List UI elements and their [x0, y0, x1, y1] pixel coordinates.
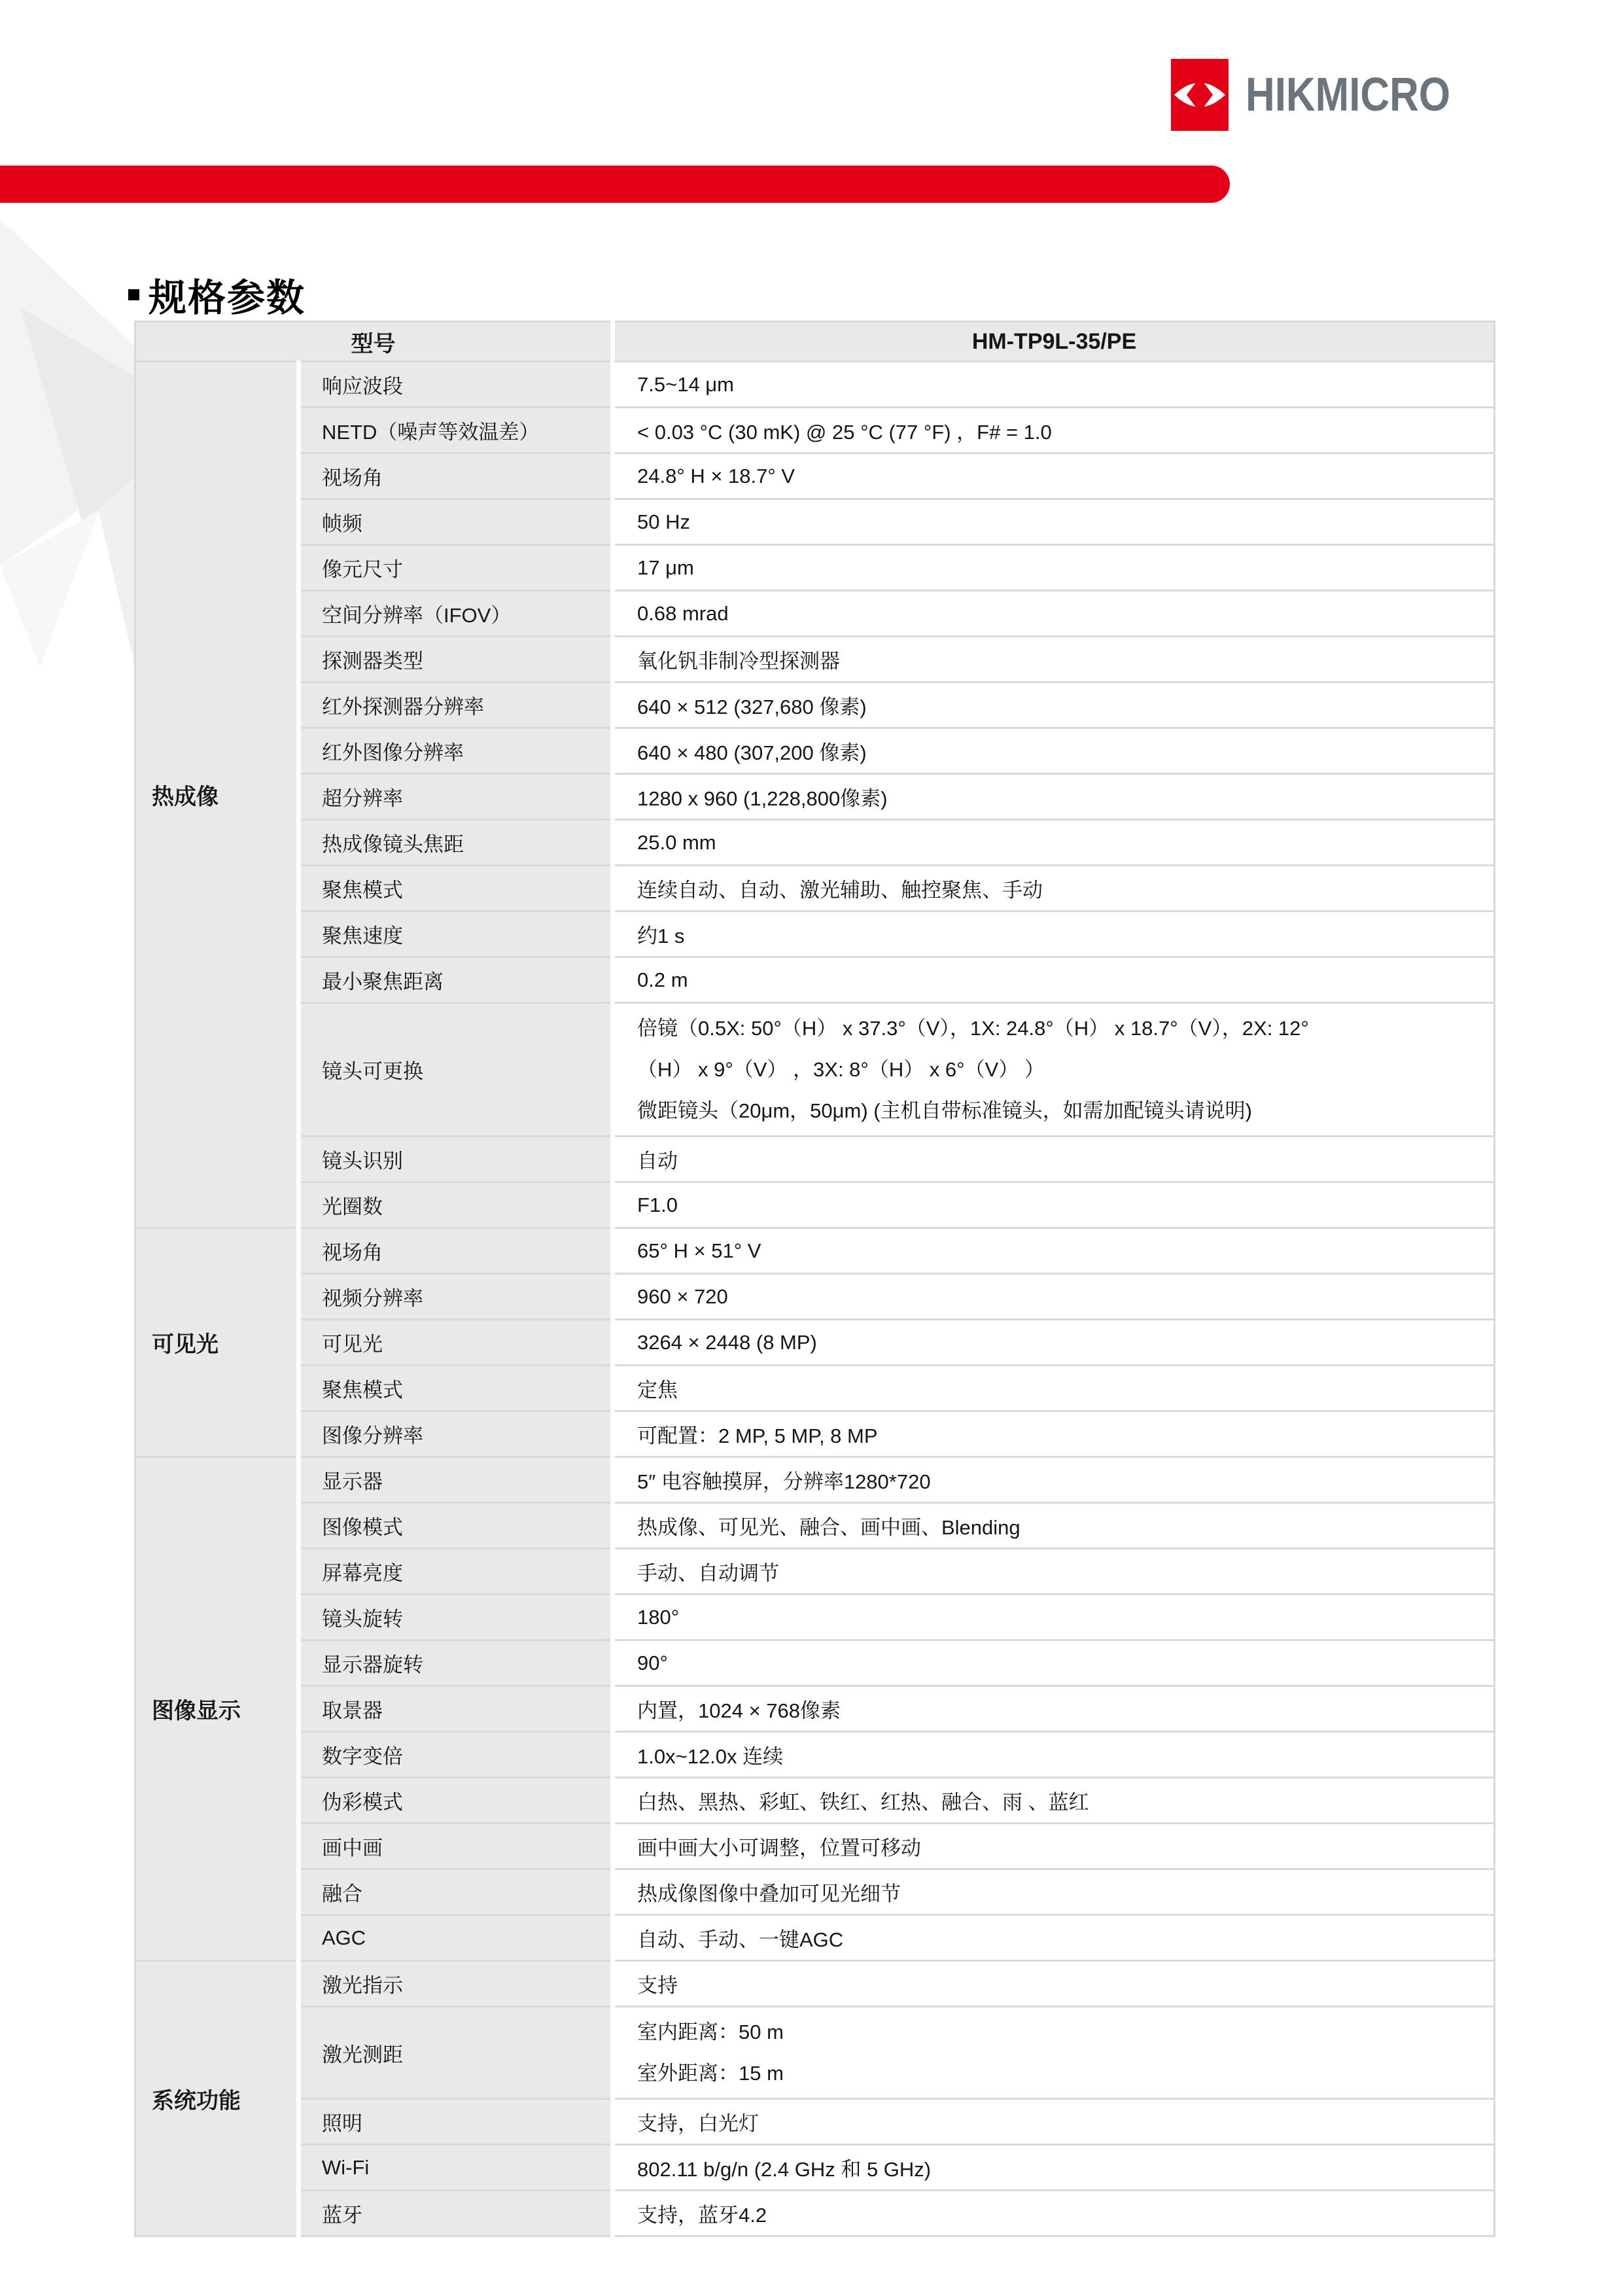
param-label: 数字变倍 [299, 1732, 613, 1778]
category-label: 可见光 [152, 1332, 218, 1357]
param-value: 180° [613, 1595, 1495, 1640]
table-row: 屏幕亮度手动、自动调节 [135, 1549, 1495, 1595]
table-row: 画中画画中画大小可调整，位置可移动 [135, 1824, 1495, 1869]
table-row: 激光测距室内距离：50 m室外距离：15 m [135, 2007, 1495, 2099]
param-label: 蓝牙 [299, 2191, 613, 2236]
table-row: NETD（噪声等效温差）< 0.03 °C (30 mK) @ 25 °C (7… [135, 408, 1495, 453]
param-label: 视场角 [299, 453, 613, 499]
param-label: 超分辨率 [299, 774, 613, 820]
table-row: 镜头识别自动 [135, 1137, 1495, 1182]
param-value: 氧化钒非制冷型探测器 [613, 637, 1495, 682]
table-row: AGC自动、手动、一键AGC [135, 1915, 1495, 1961]
table-row: 视场角24.8° H × 18.7° V [135, 453, 1495, 499]
table-row: 融合热成像图像中叠加可见光细节 [135, 1869, 1495, 1915]
param-value: 可配置：2 MP, 5 MP, 8 MP [613, 1411, 1495, 1457]
table-row: 图像模式热成像、可见光、融合、画中画、Blending [135, 1503, 1495, 1549]
category-label: 系统功能 [152, 2089, 241, 2113]
param-label: 伪彩模式 [299, 1778, 613, 1824]
param-value: 热成像、可见光、融合、画中画、Blending [613, 1503, 1495, 1549]
param-label: AGC [299, 1915, 613, 1961]
category-cell: 图像显示 [135, 1457, 299, 1961]
param-value: 640 × 512 (327,680 像素) [613, 682, 1495, 728]
param-value: 17 μm [613, 545, 1495, 591]
table-row: 镜头可更换倍镜（0.5X: 50°（H） x 37.3°（V），1X: 24.8… [135, 1003, 1495, 1137]
table-row: 图像分辨率可配置：2 MP, 5 MP, 8 MP [135, 1411, 1495, 1457]
table-row: 伪彩模式白热、黑热、彩虹、铁红、红热、融合、雨 、蓝红 [135, 1778, 1495, 1824]
table-row: Wi-Fi802.11 b/g/n (2.4 GHz 和 5 GHz) [135, 2145, 1495, 2191]
page-title: 规格参数 [148, 267, 305, 322]
param-value: 24.8° H × 18.7° V [613, 453, 1495, 499]
param-label: 画中画 [299, 1824, 613, 1869]
param-value: 25.0 mm [613, 820, 1495, 866]
param-value: 白热、黑热、彩虹、铁红、红热、融合、雨 、蓝红 [613, 1778, 1495, 1824]
table-row: 最小聚焦距离0.2 m [135, 957, 1495, 1003]
param-value: 倍镜（0.5X: 50°（H） x 37.3°（V），1X: 24.8°（H） … [613, 1003, 1495, 1137]
param-label: 可见光 [299, 1320, 613, 1366]
param-value-line: 室内距离：50 m [637, 2011, 1493, 2053]
param-label: 热成像镜头焦距 [299, 820, 613, 866]
category-cell: 系统功能 [135, 1961, 299, 2236]
param-label: 视场角 [299, 1228, 613, 1274]
param-value: 0.2 m [613, 957, 1495, 1003]
table-row: 可见光视场角65° H × 51° V [135, 1228, 1495, 1274]
table-row: 镜头旋转180° [135, 1595, 1495, 1640]
page: { "logo": { "brand": "HIKMICRO", "red": … [0, 0, 1623, 2296]
param-label: 镜头可更换 [299, 1003, 613, 1137]
param-value-line: 倍镜（0.5X: 50°（H） x 37.3°（V），1X: 24.8°（H） … [637, 1008, 1493, 1049]
param-label: 激光指示 [299, 1961, 613, 2007]
table-row: 红外探测器分辨率640 × 512 (327,680 像素) [135, 682, 1495, 728]
table-row: 聚焦速度约1 s [135, 911, 1495, 957]
param-value: 7.5~14 μm [613, 362, 1495, 408]
param-label: 图像分辨率 [299, 1411, 613, 1457]
param-value: 50 Hz [613, 499, 1495, 545]
category-label: 图像显示 [152, 1699, 241, 1723]
table-row: 光圈数F1.0 [135, 1182, 1495, 1228]
table-header-row: 型号 HM-TP9L-35/PE [135, 322, 1495, 362]
table-row: 图像显示显示器5″ 电容触摸屏，分辨率1280*720 [135, 1457, 1495, 1503]
table-row: 帧频50 Hz [135, 499, 1495, 545]
param-label: Wi-Fi [299, 2145, 613, 2191]
param-value: 1.0x~12.0x 连续 [613, 1732, 1495, 1778]
param-value: 室内距离：50 m室外距离：15 m [613, 2007, 1495, 2099]
table-row: 照明支持，白光灯 [135, 2099, 1495, 2145]
param-value: 画中画大小可调整，位置可移动 [613, 1824, 1495, 1869]
param-label: 图像模式 [299, 1503, 613, 1549]
param-value: 1280 x 960 (1,228,800像素) [613, 774, 1495, 820]
table-row: 可见光3264 × 2448 (8 MP) [135, 1320, 1495, 1366]
param-label: 融合 [299, 1869, 613, 1915]
table-row: 像元尺寸17 μm [135, 545, 1495, 591]
param-value: 手动、自动调节 [613, 1549, 1495, 1595]
table-row: 蓝牙支持，蓝牙4.2 [135, 2191, 1495, 2236]
table-row: 取景器内置，1024 × 768像素 [135, 1686, 1495, 1732]
table-row: 红外图像分辨率640 × 480 (307,200 像素) [135, 728, 1495, 774]
param-value: 约1 s [613, 911, 1495, 957]
param-value: 连续自动、自动、激光辅助、触控聚焦、手动 [613, 866, 1495, 911]
table-row: 聚焦模式定焦 [135, 1366, 1495, 1411]
param-value: F1.0 [613, 1182, 1495, 1228]
category-label: 热成像 [152, 785, 218, 809]
hikmicro-logo: HIKMICRO [1171, 59, 1484, 131]
param-label: 帧频 [299, 499, 613, 545]
param-label: 显示器旋转 [299, 1640, 613, 1686]
param-value: < 0.03 °C (30 mK) @ 25 °C (77 °F) ，F# = … [613, 408, 1495, 453]
param-value: 自动 [613, 1137, 1495, 1182]
spec-table: 型号 HM-TP9L-35/PE 热成像响应波段7.5~14 μmNETD（噪声… [134, 321, 1495, 2237]
param-label: NETD（噪声等效温差） [299, 408, 613, 453]
param-label: 光圈数 [299, 1182, 613, 1228]
param-value: 定焦 [613, 1366, 1495, 1411]
param-value: 5″ 电容触摸屏，分辨率1280*720 [613, 1457, 1495, 1503]
red-banner [0, 166, 1230, 203]
table-row: 热成像响应波段7.5~14 μm [135, 362, 1495, 408]
param-value: 内置，1024 × 768像素 [613, 1686, 1495, 1732]
title-bullet-icon [128, 289, 139, 300]
param-label: 镜头识别 [299, 1137, 613, 1182]
table-row: 聚焦模式连续自动、自动、激光辅助、触控聚焦、手动 [135, 866, 1495, 911]
table-row: 空间分辨率（IFOV）0.68 mrad [135, 591, 1495, 637]
param-value-line: （H） x 9°（V） ，3X: 8°（H） x 6°（V） ） [637, 1049, 1493, 1090]
param-label: 聚焦速度 [299, 911, 613, 957]
param-value-line: 微距镜头（20μm，50μm) (主机自带标准镜头，如需加配镜头请说明) [637, 1090, 1493, 1131]
param-value-line: 室外距离：15 m [637, 2053, 1493, 2094]
param-value: 自动、手动、一键AGC [613, 1915, 1495, 1961]
param-label: 响应波段 [299, 362, 613, 408]
category-cell: 可见光 [135, 1228, 299, 1457]
param-value: 3264 × 2448 (8 MP) [613, 1320, 1495, 1366]
section-title: 规格参数 [128, 267, 305, 322]
param-label: 屏幕亮度 [299, 1549, 613, 1595]
param-label: 取景器 [299, 1686, 613, 1732]
param-label: 红外图像分辨率 [299, 728, 613, 774]
hikmicro-eye-icon [1171, 59, 1229, 131]
param-label: 显示器 [299, 1457, 613, 1503]
table-row: 热成像镜头焦距25.0 mm [135, 820, 1495, 866]
table-row: 视频分辨率960 × 720 [135, 1274, 1495, 1320]
watermark-facet [0, 510, 105, 667]
param-label: 镜头旋转 [299, 1595, 613, 1640]
param-value: 支持，白光灯 [613, 2099, 1495, 2145]
category-cell: 热成像 [135, 362, 299, 1228]
param-value: 支持，蓝牙4.2 [613, 2191, 1495, 2236]
param-label: 像元尺寸 [299, 545, 613, 591]
param-label: 照明 [299, 2099, 613, 2145]
model-label-header: 型号 [135, 322, 613, 362]
table-row: 数字变倍1.0x~12.0x 连续 [135, 1732, 1495, 1778]
param-value: 65° H × 51° V [613, 1228, 1495, 1274]
param-value: 0.68 mrad [613, 591, 1495, 637]
param-value: 802.11 b/g/n (2.4 GHz 和 5 GHz) [613, 2145, 1495, 2191]
param-value: 640 × 480 (307,200 像素) [613, 728, 1495, 774]
param-label: 激光测距 [299, 2007, 613, 2099]
param-value: 90° [613, 1640, 1495, 1686]
table-row: 显示器旋转90° [135, 1640, 1495, 1686]
table-row: 系统功能激光指示支持 [135, 1961, 1495, 2007]
param-label: 探测器类型 [299, 637, 613, 682]
param-label: 聚焦模式 [299, 866, 613, 911]
brand-wordmark: HIKMICRO [1246, 59, 1450, 131]
table-row: 超分辨率1280 x 960 (1,228,800像素) [135, 774, 1495, 820]
param-label: 视频分辨率 [299, 1274, 613, 1320]
param-value: 支持 [613, 1961, 1495, 2007]
param-label: 红外探测器分辨率 [299, 682, 613, 728]
param-value: 热成像图像中叠加可见光细节 [613, 1869, 1495, 1915]
table-row: 探测器类型氧化钒非制冷型探测器 [135, 637, 1495, 682]
param-label: 空间分辨率（IFOV） [299, 591, 613, 637]
model-value-header: HM-TP9L-35/PE [613, 322, 1495, 362]
param-label: 聚焦模式 [299, 1366, 613, 1411]
param-value: 960 × 720 [613, 1274, 1495, 1320]
param-label: 最小聚焦距离 [299, 957, 613, 1003]
